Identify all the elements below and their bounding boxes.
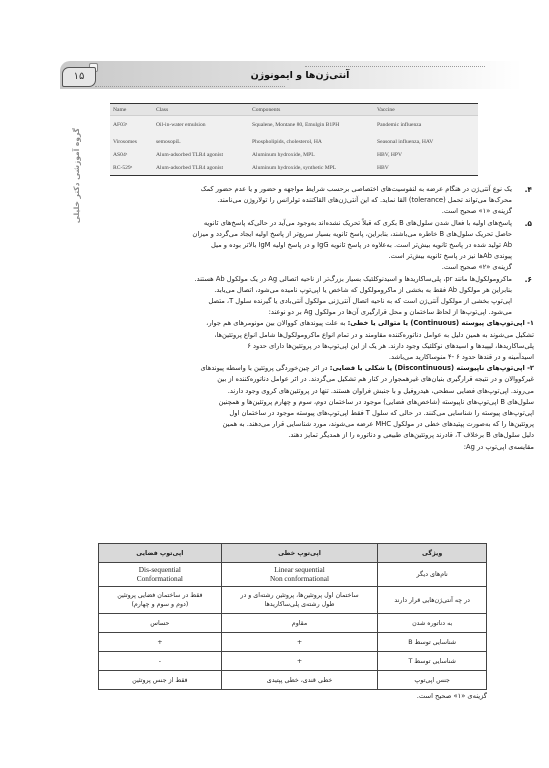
chapter-title: آنتی‌ژن‌ها و ایمونوژن	[240, 70, 360, 81]
continuous-epitopes-section: ۱- اپی‌توپ‌های پیوسته (Continuous) یا مت…	[84, 318, 534, 363]
table-row: AS04ᵃ Alum-adsorbed TLR4 agonist Aluminu…	[110, 149, 478, 162]
table-row: RC-529ᵃ Alum-adsorbed TLR4 agonist Alumi…	[110, 162, 478, 176]
table-row: در چه آنتی‌ژن‌هایی قرار دارند ساختمان او…	[99, 587, 487, 614]
adjuvant-table: Name Class Components Vaccine AF03ᵃ Oil-…	[110, 103, 478, 176]
paragraph-line: Ab تولید شده در پاسخ ثانویه بیش‌تر است. …	[84, 240, 512, 251]
cell-conformational: -	[99, 652, 222, 671]
cell-feature: نام‌های دیگر	[378, 563, 487, 587]
column-header-conformational: اپی‌توپ فضایی	[99, 544, 222, 563]
column-header-vaccine: Vaccine	[374, 104, 478, 116]
paragraph-line: حاصل تحریک سلول‌های B خاطره می‌باشند، بن…	[84, 229, 512, 240]
discontinuous-epitopes-section: ۲- اپی‌توپ‌های ناپیوسته (Discontinuous) …	[84, 363, 534, 397]
paragraph-line: می‌روند. اپی‌توپ‌های فضایی سطحی، هیدروفی…	[84, 386, 534, 397]
cell-conformational: فقط از جنس پروتئین	[99, 671, 222, 690]
cell-linear: ساختمان اول پروتئین‌ها، پروتئین رشته‌ای …	[221, 587, 378, 614]
cell-linear: خطی قندی، خطی پپتیدی	[221, 671, 378, 690]
table-row: نام‌های دیگر Linear sequential Non confo…	[99, 563, 487, 587]
table-row: شناسایی توسط B + +	[99, 633, 487, 652]
adjuvant-table-header: Name Class Components Vaccine	[110, 104, 478, 116]
paragraph-line: اپی‌توپ بخشی از مولکول آنتی‌ژن است که به…	[84, 296, 512, 307]
side-brand-text: گروه آموزشی دکتر خلیلی	[72, 128, 84, 188]
cell-class: Oil-in-water emulsion	[153, 116, 249, 136]
question-number: ۵.	[525, 218, 532, 229]
cell-linear: مقاوم	[221, 614, 378, 633]
paragraph-line: پلی‌ساکاریدها، لیپیدها و اسیدهای نوکلئیک…	[84, 341, 534, 352]
cell-class: Alum-adsorbed TLR4 agonist	[153, 149, 249, 162]
recognition-section: سلول‌های B اپی‌توپ‌های ناپیوسته (شاخص‌ها…	[84, 397, 534, 453]
question-number: ۴.	[525, 184, 532, 195]
answer-line: گزینه‌ی «۱» صحیح است.	[84, 206, 512, 217]
cell-components: Squalene, Montane 80, Emulgin B1PH	[249, 116, 374, 136]
cell-feature: به دناتوره شدن	[378, 614, 487, 633]
cell-components: Aluminum hydroxide, MPL	[249, 149, 374, 162]
paragraph-line: اپی‌توپ‌های پیوسته را شناسایی می‌کنند. د…	[84, 408, 534, 419]
column-header-linear: اپی‌توپ خطی	[221, 544, 378, 563]
cell-feature: جنس اپی‌توپ	[378, 671, 487, 690]
header-divider-top	[305, 66, 485, 67]
paragraph-line: سلول‌های B اپی‌توپ‌های ناپیوسته (شاخص‌ها…	[84, 397, 534, 408]
paragraph-line: یک نوع آنتی‌ژن در هنگام عرضه به لنفوسیت‌…	[84, 184, 512, 195]
paragraph-line: ماکرومولکول‌ها مانند pr، پلی‌ساکاریدها و…	[84, 274, 512, 285]
cell-name: AS04ᵃ	[110, 149, 153, 162]
cell-feature: شناسایی توسط T	[378, 652, 487, 671]
cell-conformational: فقط در ساختمان فضایی پروتئین (دوم و سوم …	[99, 587, 222, 614]
cell-conformational: +	[99, 633, 222, 652]
cell-vaccine: HBV, HPV	[374, 149, 478, 162]
question-5: ۵. پاسخ‌های اولیه با فعال شدن سلول‌های B…	[84, 218, 534, 274]
cell-vaccine: HBV	[374, 162, 478, 176]
paragraph-text: در اثر چین‌خوردگی پروتئین با واسطه پیوند…	[200, 364, 327, 372]
cell-vaccine: Seasonal influenza, HAV	[374, 136, 478, 149]
table-row: AF03ᵃ Oil-in-water emulsion Squalene, Mo…	[110, 116, 478, 136]
page-number: ۱۵	[62, 67, 96, 87]
cell-vaccine: Pandemic influenza	[374, 116, 478, 136]
table-row: به دناتوره شدن مقاوم حساس	[99, 614, 487, 633]
header-divider-bottom	[95, 86, 285, 87]
paragraph-line: تشکیل می‌شوند به همین دلیل به عوامل دنات…	[84, 330, 534, 341]
paragraph-line: غیرکووالان و در نتیجه قرارگیری بنیان‌های…	[84, 374, 534, 385]
cell-name: AF03ᵃ	[110, 116, 153, 136]
question-6: ۶. ماکرومولکول‌ها مانند pr، پلی‌ساکاریده…	[84, 274, 534, 319]
table-row: Virosomes semosopiL Phospholipids, chole…	[110, 136, 478, 149]
comparison-caption: مقایسه‌ی اپی‌توپ در Ag:	[84, 442, 534, 453]
column-header-feature: ویژگی	[378, 544, 487, 563]
continuous-epitopes-line: ۱- اپی‌توپ‌های پیوسته (Continuous) یا مت…	[84, 318, 534, 329]
cell-linear-line: Linear sequential Non conformational	[270, 565, 329, 583]
paragraph-line: اسیدآمینه و در قندها حدود ۶ -۴ منوساکاری…	[84, 352, 534, 363]
cell-feature: شناسایی توسط B	[378, 633, 487, 652]
table-row: جنس اپی‌توپ خطی قندی، خطی پپتیدی فقط از …	[99, 671, 487, 690]
continuous-epitopes-title: ۱- اپی‌توپ‌های پیوسته (Continuous) یا مت…	[348, 319, 534, 327]
cell-feature: در چه آنتی‌ژن‌هایی قرار دارند	[378, 587, 487, 614]
discontinuous-epitopes-line: ۲- اپی‌توپ‌های ناپیوسته (Discontinuous) …	[84, 363, 534, 374]
column-header-components: Components	[249, 104, 374, 116]
cell-components: Aluminum hydroxide, synthetic MPL	[249, 162, 374, 176]
cell-conformational: Dis-sequential Conformational	[99, 563, 222, 587]
paragraph-line: محرک‌ها می‌تواند تحمل (tolerance) القا ن…	[84, 195, 512, 206]
paragraph-text: به علت پیوندهای کووالان بین مونومرهای هم…	[206, 319, 345, 327]
cell-linear: +	[221, 652, 378, 671]
cell-class: Alum-adsorbed TLR4 agonist	[153, 162, 249, 176]
cell-name: Virosomes	[110, 136, 153, 149]
cell-components: Phospholipids, cholesterol, HA	[249, 136, 374, 149]
answer-line: گزینه‌ی «۲» صحیح است.	[84, 262, 512, 273]
cell-linear: Linear sequential Non conformational	[221, 563, 378, 587]
paragraph-line: پاسخ‌های اولیه با فعال شدن سلول‌های B بک…	[84, 218, 512, 229]
column-header-class: Class	[153, 104, 249, 116]
final-answer-line: گزینه‌ی «۱» صحیح است.	[300, 692, 487, 700]
question-4: ۴. یک نوع آنتی‌ژن در هنگام عرضه به لنفوس…	[84, 184, 534, 218]
paragraph-line: بنابراین هر مولکول Ab فقط به بخشی از ماک…	[84, 285, 512, 296]
table-row: شناسایی توسط T + -	[99, 652, 487, 671]
paragraph-line: دلیل سلول‌های B برخلاف T، قادرند پروتئین…	[84, 430, 534, 441]
cell-name: RC-529ᵃ	[110, 162, 153, 176]
answer-explanations: ۴. یک نوع آنتی‌ژن در هنگام عرضه به لنفوس…	[84, 184, 534, 453]
comparison-header-row: ویژگی اپی‌توپ خطی اپی‌توپ فضایی	[99, 544, 487, 563]
paragraph-line: پیوندی Abها نیز در پاسخ ثانویه بیش‌تر اس…	[84, 251, 512, 262]
cell-conformational-line: Dis-sequential Conformational	[137, 565, 183, 583]
discontinuous-epitopes-title: ۲- اپی‌توپ‌های ناپیوسته (Discontinuous) …	[330, 364, 534, 372]
paragraph-line: پروتئین‌ها را که به‌صورت پپتیدهای خطی در…	[84, 419, 534, 430]
epitope-comparison-table: ویژگی اپی‌توپ خطی اپی‌توپ فضایی نام‌های …	[98, 543, 487, 690]
column-header-name: Name	[110, 104, 153, 116]
cell-linear: +	[221, 633, 378, 652]
cell-conformational: حساس	[99, 614, 222, 633]
paragraph-line: می‌شود. اپی‌توپ‌ها از لحاظ ساختمان و محل…	[84, 307, 512, 318]
question-number: ۶.	[525, 274, 532, 285]
cell-class: semosopiL	[153, 136, 249, 149]
